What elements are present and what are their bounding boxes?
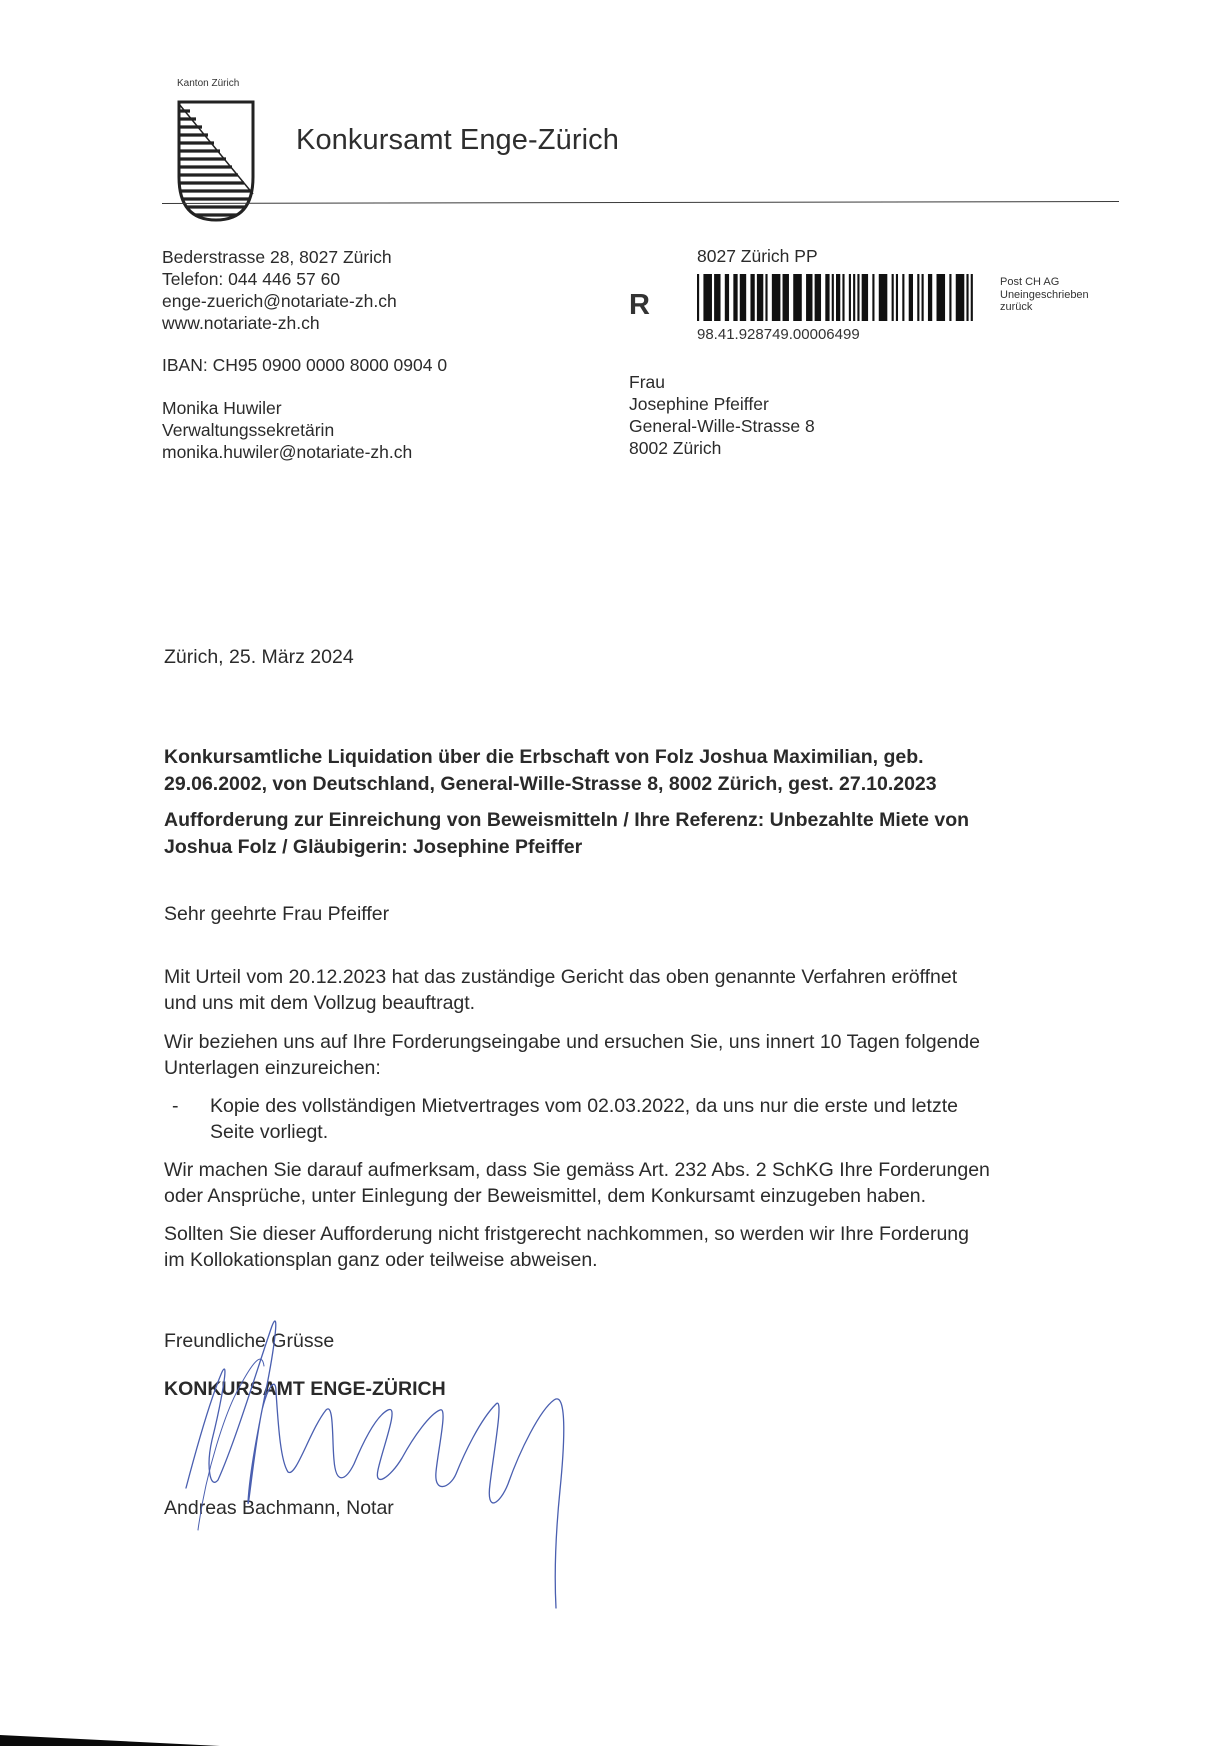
- paragraph-line: Sollten Sie dieser Aufforderung nicht fr…: [164, 1221, 969, 1247]
- sender-address-block: Bederstrasse 28, 8027 Zürich Telefon: 04…: [162, 246, 397, 334]
- canton-label: Kanton Zürich: [177, 78, 239, 89]
- contact-email: monika.huwiler@notariate-zh.ch: [162, 441, 412, 463]
- paragraph-line: Mit Urteil vom 20.12.2023 hat das zustän…: [164, 964, 957, 990]
- sender-iban: IBAN: CH95 0900 0000 8000 0904 0: [162, 354, 447, 376]
- carrier-line: zurück: [1000, 301, 1089, 314]
- sender-website: www.notariate-zh.ch: [162, 312, 397, 334]
- subject-request: Aufforderung zur Einreichung von Beweism…: [164, 807, 969, 861]
- contact-role: Verwaltungssekretärin: [162, 419, 412, 441]
- paragraph-request: Wir beziehen uns auf Ihre Forderungseing…: [164, 1029, 980, 1081]
- bullet-item: Kopie des vollständigen Mietvertrages vo…: [210, 1093, 958, 1145]
- contact-name: Monika Huwiler: [162, 397, 412, 419]
- barcode-number: 98.41.928749.00006499: [697, 326, 860, 343]
- barcode-icon: [697, 274, 975, 321]
- paragraph-line: und uns mit dem Vollzug beauftragt.: [164, 990, 957, 1016]
- subject-line: 29.06.2002, von Deutschland, General-Wil…: [164, 771, 937, 798]
- paragraph-line: oder Ansprüche, unter Einlegung der Bewe…: [164, 1183, 990, 1209]
- subject-line: Aufforderung zur Einreichung von Beweism…: [164, 807, 969, 834]
- letter-date: Zürich, 25. März 2024: [164, 645, 354, 670]
- zurich-coat-of-arms-icon: [176, 99, 256, 223]
- subject-line: Konkursamtliche Liquidation über die Erb…: [164, 744, 937, 771]
- handwritten-signature-icon: [150, 1290, 610, 1620]
- header-divider: [162, 201, 1119, 204]
- bullet-line: Seite vorliegt.: [210, 1119, 958, 1145]
- registered-mark: R: [629, 289, 650, 322]
- sender-email: enge-zuerich@notariate-zh.ch: [162, 290, 397, 312]
- paragraph-consequence: Sollten Sie dieser Aufforderung nicht fr…: [164, 1221, 969, 1273]
- carrier-line: Uneingeschrieben: [1000, 289, 1089, 302]
- paragraph-line: Wir beziehen uns auf Ihre Forderungseing…: [164, 1029, 980, 1055]
- office-title: Konkursamt Enge-Zürich: [296, 124, 619, 157]
- paragraph-line: Wir machen Sie darauf aufmerksam, dass S…: [164, 1157, 990, 1183]
- bullet-line: Kopie des vollständigen Mietvertrages vo…: [210, 1093, 958, 1119]
- bullet-marker: -: [172, 1093, 179, 1119]
- paragraph-legal-notice: Wir machen Sie darauf aufmerksam, dass S…: [164, 1157, 990, 1209]
- paragraph-line: Unterlagen einzureichen:: [164, 1055, 980, 1081]
- subject-line: Joshua Folz / Gläubigerin: Josephine Pfe…: [164, 834, 969, 861]
- sender-address: Bederstrasse 28, 8027 Zürich: [162, 246, 397, 268]
- recipient-address-block: Frau Josephine Pfeiffer General-Wille-St…: [629, 371, 815, 459]
- scan-edge-shadow: [0, 1726, 220, 1746]
- recipient-name: Josephine Pfeiffer: [629, 393, 815, 415]
- subject-liquidation: Konkursamtliche Liquidation über die Erb…: [164, 744, 937, 798]
- paragraph-line: im Kollokationsplan ganz oder teilweise …: [164, 1247, 969, 1273]
- recipient-street: General-Wille-Strasse 8: [629, 415, 815, 437]
- postmark: 8027 Zürich PP: [697, 245, 818, 267]
- paragraph-judgment: Mit Urteil vom 20.12.2023 hat das zustän…: [164, 964, 957, 1016]
- recipient-salutation: Frau: [629, 371, 815, 393]
- contact-person-block: Monika Huwiler Verwaltungssekretärin mon…: [162, 397, 412, 463]
- greeting: Sehr geehrte Frau Pfeiffer: [164, 902, 389, 927]
- recipient-city: 8002 Zürich: [629, 437, 815, 459]
- sender-phone: Telefon: 044 446 57 60: [162, 268, 397, 290]
- carrier-line: Post CH AG: [1000, 276, 1089, 289]
- carrier-info: Post CH AG Uneingeschrieben zurück: [1000, 276, 1089, 314]
